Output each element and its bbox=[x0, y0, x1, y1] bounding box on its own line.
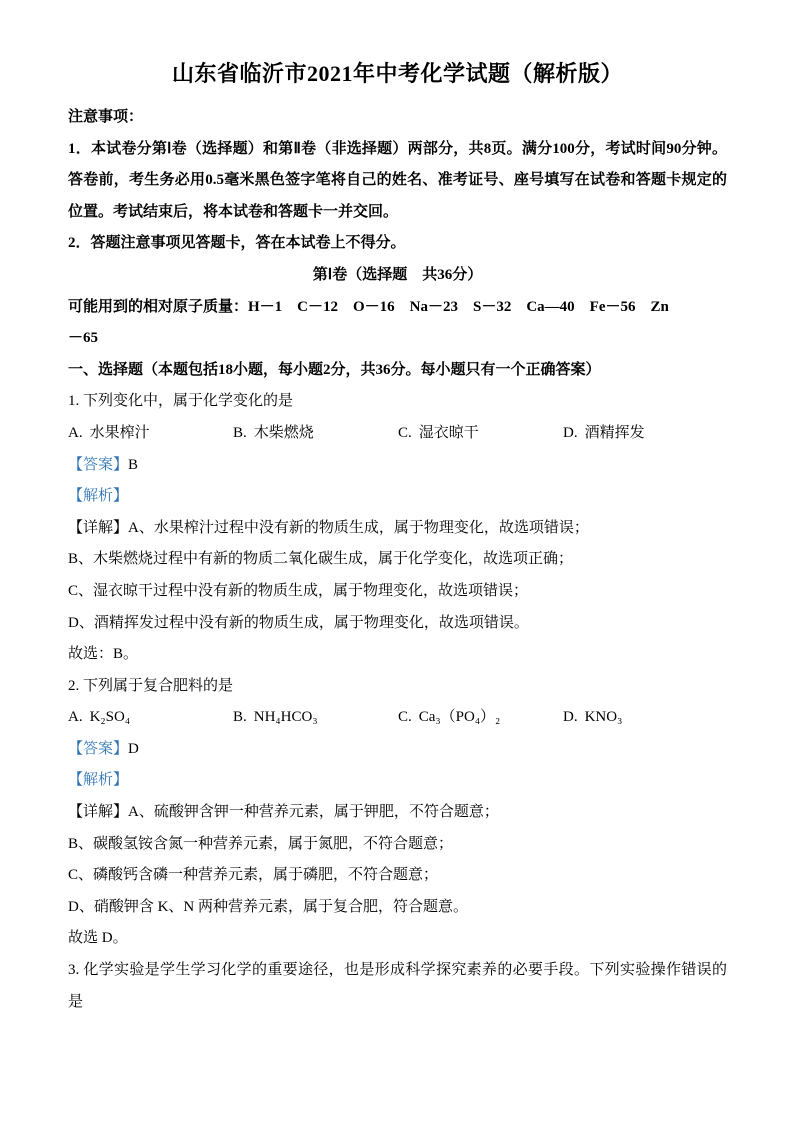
question-2-answer-line: 【答案】D bbox=[68, 734, 727, 766]
question-3: 3. 化学实验是学生学习化学的重要途径，也是形成科学探究素养的必要手段。下列实验… bbox=[68, 955, 727, 1018]
option-label: A. bbox=[68, 425, 83, 441]
option-label: C. bbox=[398, 709, 412, 725]
question-1: 1. 下列变化中，属于化学变化的是 A.水果榨汁 B.木柴燃烧 C.湿衣晾干 D… bbox=[68, 386, 727, 670]
option-label: D. bbox=[563, 709, 578, 725]
question-2-option-c: C.Ca₃（PO₄）₂ bbox=[398, 702, 563, 734]
question-2-stem: 2. 下列属于复合肥料的是 bbox=[68, 671, 727, 703]
notice-item-2: 2．答题注意事项见答题卡，答在本试卷上不得分。 bbox=[68, 228, 727, 260]
answer-value: B bbox=[128, 457, 138, 473]
option-label: A. bbox=[68, 709, 83, 725]
question-2-analysis-line: 【解析】 bbox=[68, 765, 727, 797]
question-2-option-d: D.KNO₃ bbox=[563, 702, 727, 734]
question-2-detail-d: D、硝酸钾含 K、N 两种营养元素，属于复合肥，符合题意。 bbox=[68, 892, 727, 924]
atomic-masses-line-2: －65 bbox=[68, 323, 727, 355]
option-text: 湿衣晾干 bbox=[419, 425, 479, 441]
notice-header: 注意事项： bbox=[68, 102, 727, 134]
answer-label: 【答案】 bbox=[68, 741, 128, 757]
question-2-option-a: A.K₂SO₄ bbox=[68, 702, 233, 734]
question-1-option-b: B.木柴燃烧 bbox=[233, 418, 398, 450]
question-3-stem: 3. 化学实验是学生学习化学的重要途径，也是形成科学探究素养的必要手段。下列实验… bbox=[68, 955, 727, 1018]
question-2-option-b: B.NH₄HCO₃ bbox=[233, 702, 398, 734]
question-1-detail-b: B、木柴燃烧过程中有新的物质二氧化碳生成，属于化学变化，故选项正确； bbox=[68, 544, 727, 576]
analysis-label: 【解析】 bbox=[68, 488, 128, 504]
question-2-detail-a: 【详解】A、硫酸钾含钾一种营养元素，属于钾肥，不符合题意； bbox=[68, 797, 727, 829]
option-label: C. bbox=[398, 425, 412, 441]
question-1-detail-a: 【详解】A、水果榨汁过程中没有新的物质生成，属于物理变化，故选项错误； bbox=[68, 513, 727, 545]
option-text: 木柴燃烧 bbox=[254, 425, 314, 441]
atomic-masses-line-1: 可能用到的相对原子质量：H－1 C－12 O－16 Na－23 S－32 Ca—… bbox=[68, 292, 727, 324]
page-title: 山东省临沂市2021年中考化学试题（解析版） bbox=[68, 58, 727, 90]
question-1-option-d: D.酒精挥发 bbox=[563, 418, 727, 450]
analysis-label: 【解析】 bbox=[68, 772, 128, 788]
notice-item-1: 1．本试卷分第Ⅰ卷（选择题）和第Ⅱ卷（非选择题）两部分，共8页。满分100分，考… bbox=[68, 134, 727, 229]
detail-label: 【详解】 bbox=[68, 520, 128, 536]
option-label: B. bbox=[233, 425, 247, 441]
question-1-options: A.水果榨汁 B.木柴燃烧 C.湿衣晾干 D.酒精挥发 bbox=[68, 418, 727, 450]
question-1-detail-c: C、湿衣晾干过程中没有新的物质生成，属于物理变化，故选项错误； bbox=[68, 576, 727, 608]
question-1-option-c: C.湿衣晾干 bbox=[398, 418, 563, 450]
question-1-stem: 1. 下列变化中，属于化学变化的是 bbox=[68, 386, 727, 418]
option-text: NH₄HCO₃ bbox=[254, 709, 318, 725]
question-1-detail-d: D、酒精挥发过程中没有新的物质生成，属于物理变化，故选项错误。 bbox=[68, 608, 727, 640]
detail-text: A、水果榨汁过程中没有新的物质生成，属于物理变化，故选项错误； bbox=[128, 520, 589, 536]
question-2-conclusion: 故选 D。 bbox=[68, 923, 727, 955]
answer-value: D bbox=[128, 741, 139, 757]
part-1-header: 一、选择题（本题包括18小题，每小题2分，共36分。每小题只有一个正确答案） bbox=[68, 355, 727, 387]
option-text: KNO₃ bbox=[585, 709, 623, 725]
exam-document-page: 山东省临沂市2021年中考化学试题（解析版） 注意事项： 1．本试卷分第Ⅰ卷（选… bbox=[0, 0, 793, 1122]
question-2: 2. 下列属于复合肥料的是 A.K₂SO₄ B.NH₄HCO₃ C.Ca₃（PO… bbox=[68, 671, 727, 955]
detail-text: A、硫酸钾含钾一种营养元素，属于钾肥，不符合题意； bbox=[128, 804, 499, 820]
option-label: D. bbox=[563, 425, 578, 441]
question-1-option-a: A.水果榨汁 bbox=[68, 418, 233, 450]
section-1-header: 第Ⅰ卷（选择题 共36分） bbox=[68, 260, 727, 292]
answer-label: 【答案】 bbox=[68, 457, 128, 473]
option-text: K₂SO₄ bbox=[90, 709, 130, 725]
question-1-analysis-line: 【解析】 bbox=[68, 481, 727, 513]
option-text: 酒精挥发 bbox=[585, 425, 645, 441]
question-2-options: A.K₂SO₄ B.NH₄HCO₃ C.Ca₃（PO₄）₂ D.KNO₃ bbox=[68, 702, 727, 734]
option-label: B. bbox=[233, 709, 247, 725]
option-text: 水果榨汁 bbox=[90, 425, 150, 441]
question-2-detail-c: C、磷酸钙含磷一种营养元素，属于磷肥，不符合题意； bbox=[68, 860, 727, 892]
question-1-answer-line: 【答案】B bbox=[68, 450, 727, 482]
question-2-detail-b: B、碳酸氢铵含氮一种营养元素，属于氮肥，不符合题意； bbox=[68, 829, 727, 861]
question-1-conclusion: 故选：B。 bbox=[68, 639, 727, 671]
option-text: Ca₃（PO₄）₂ bbox=[419, 709, 501, 725]
detail-label: 【详解】 bbox=[68, 804, 128, 820]
